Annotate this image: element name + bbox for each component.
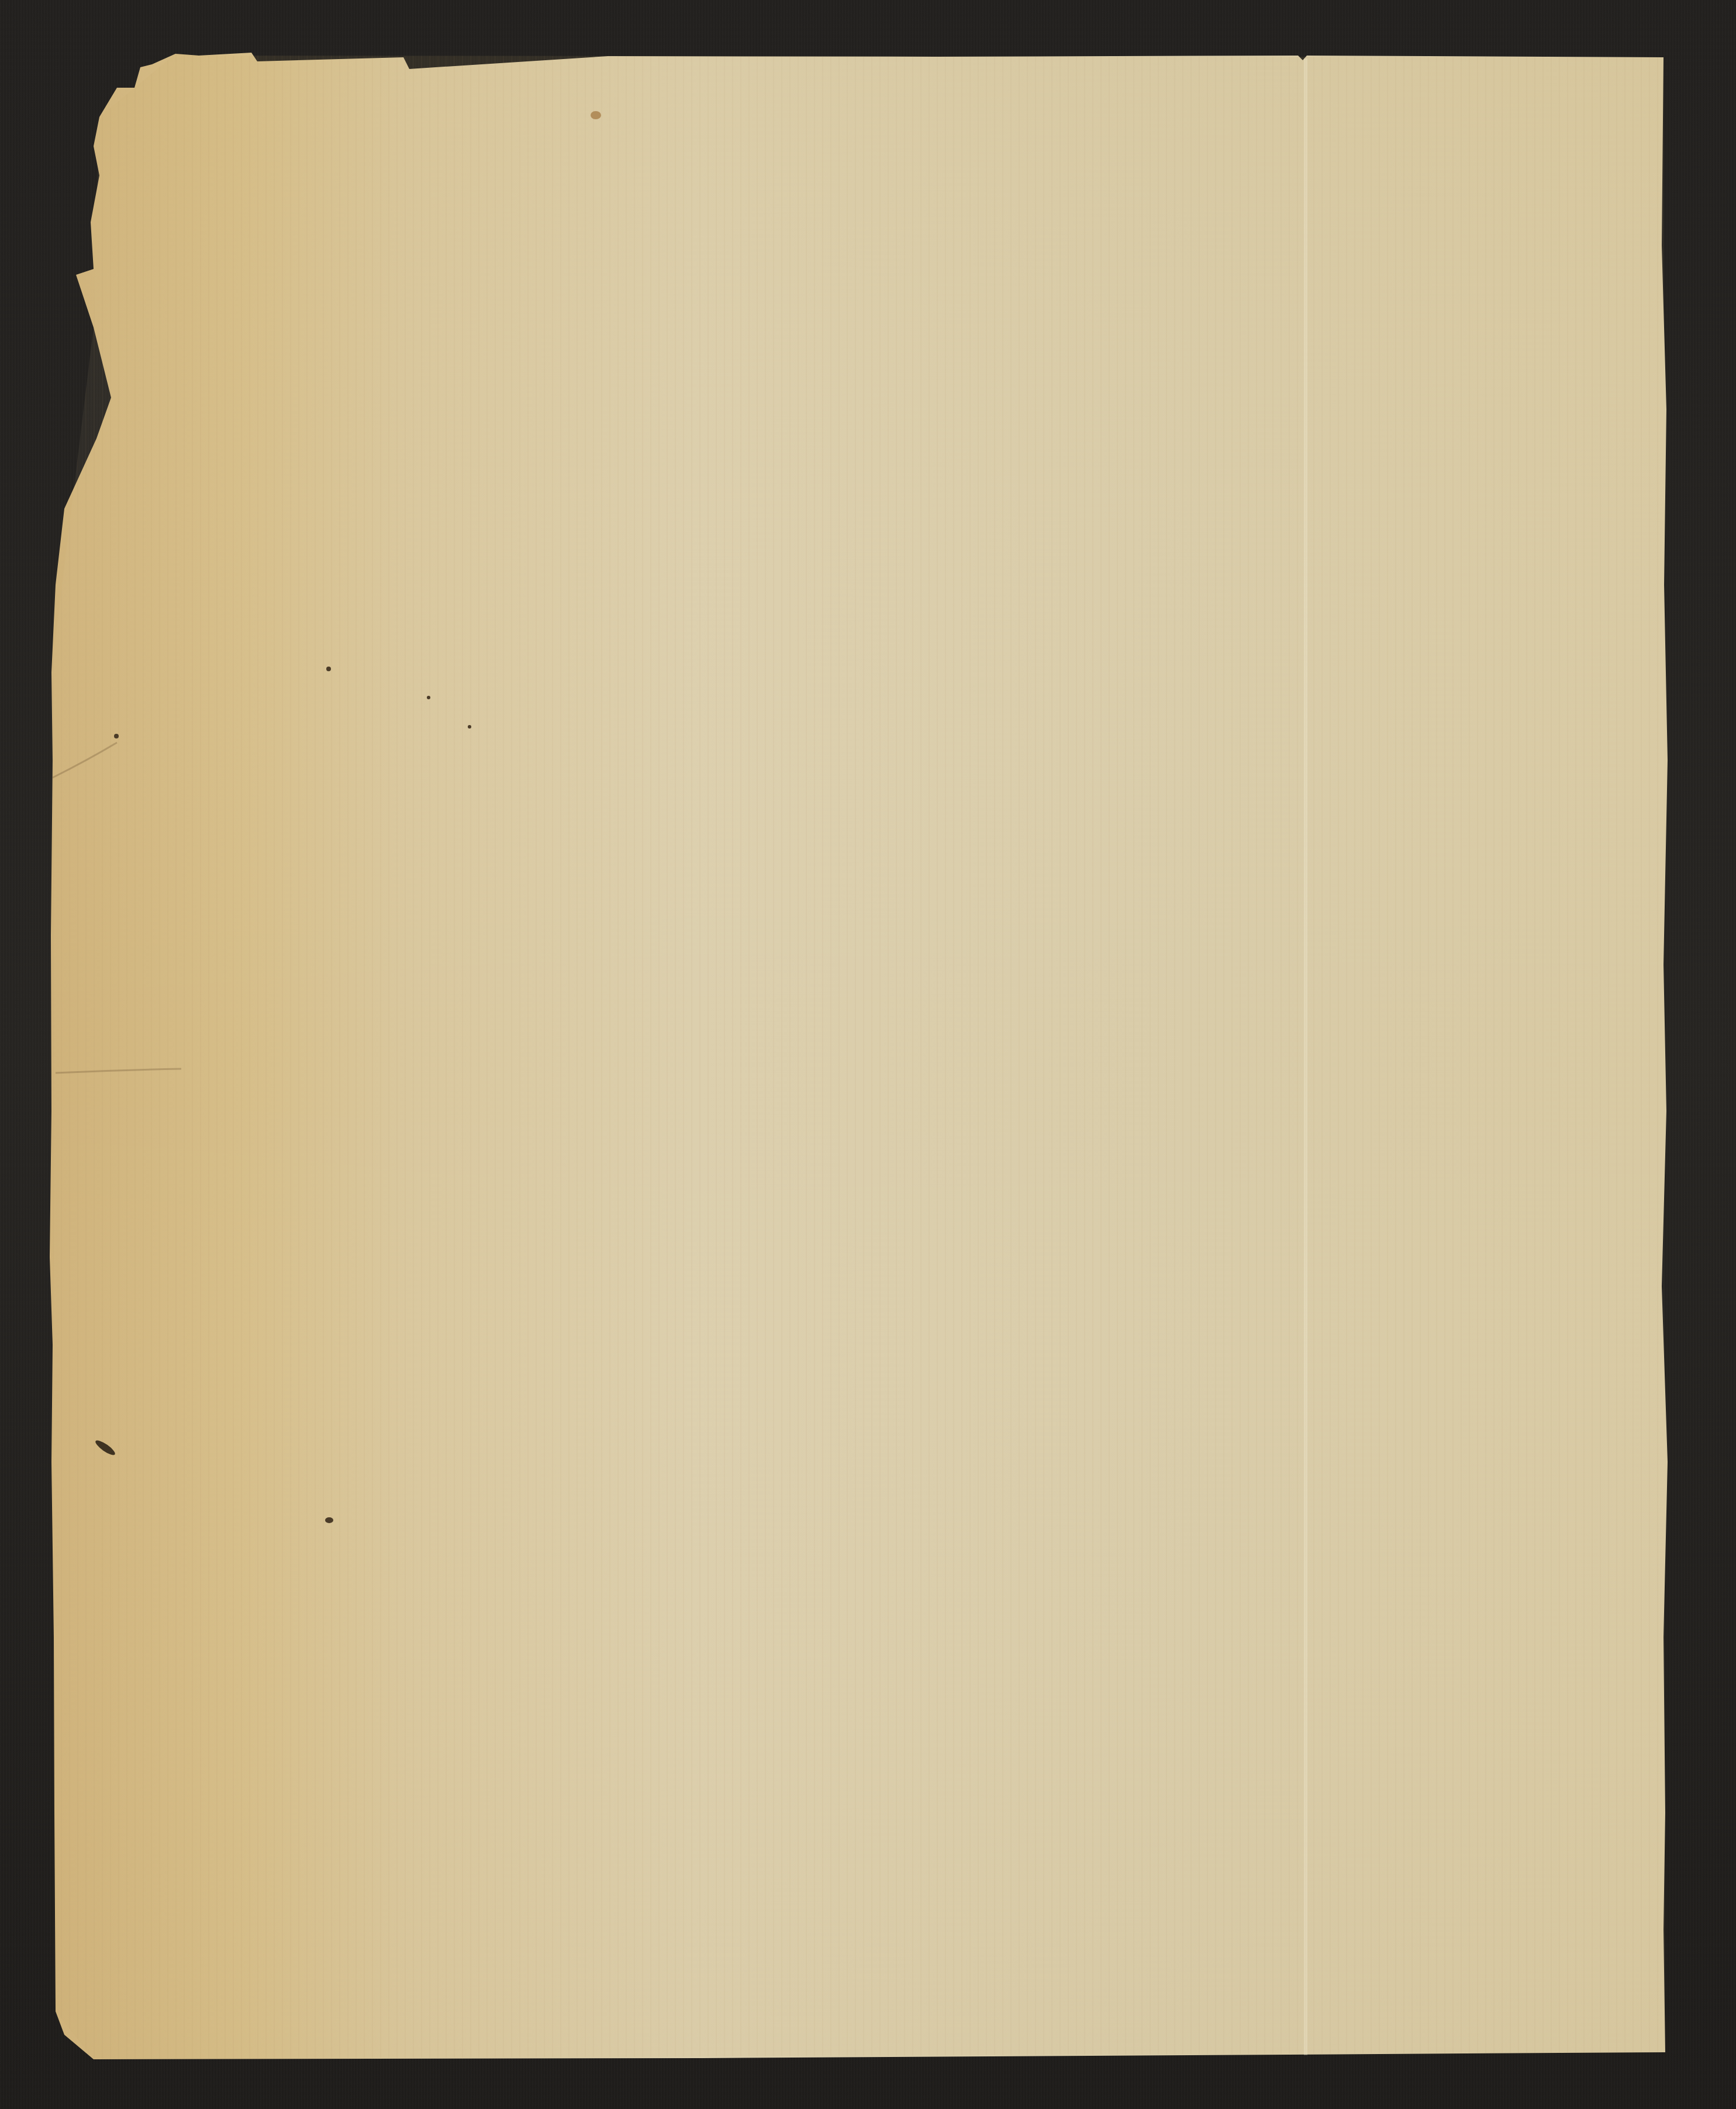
paper-shape [0,0,1736,2109]
ink-mark [325,1517,333,1523]
ink-mark [468,725,471,729]
ink-mark [326,667,331,671]
ink-mark [114,734,119,738]
ink-mark [427,696,430,699]
paper-sheet [0,0,1736,2109]
stain [591,111,601,119]
